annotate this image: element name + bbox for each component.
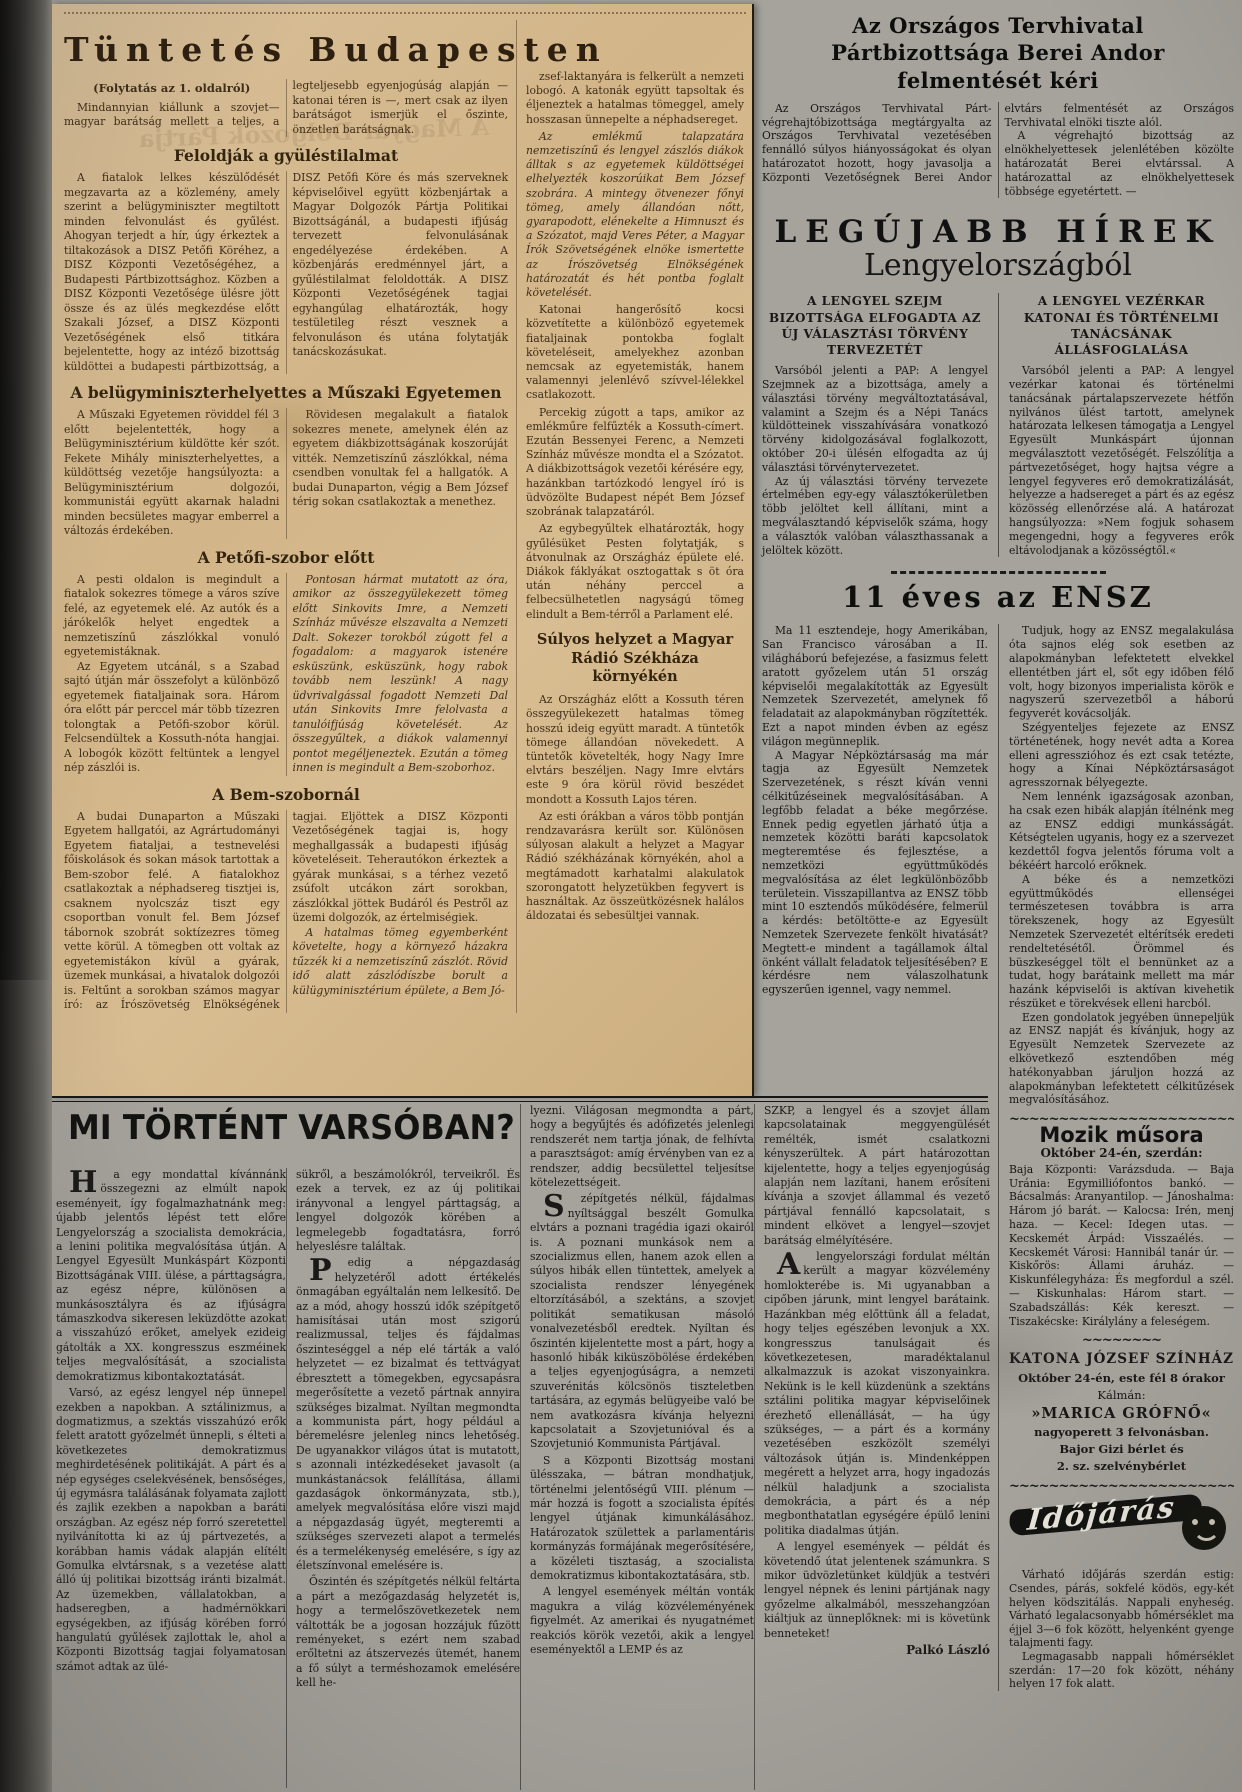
cinema-program-title: Mozik műsora — [1009, 1129, 1234, 1143]
clipping-torn-edge — [64, 12, 746, 16]
weather-forecast: Várható időjárás szerdán estig: Csendes,… — [1009, 1568, 1234, 1690]
paragraph: Katonai hangerősítő kocsi közvetítette a… — [526, 303, 744, 402]
wavy-divider: ~~~~~~~~~~~~~~~~~~~~~~~~~~~~~~~~~~ — [1009, 1482, 1234, 1492]
section-columns: A fiatalok lelkes készülődését megzavart… — [64, 171, 508, 374]
subhead-petofi-szobor: A Petőfi-szobor előtt — [64, 548, 508, 567]
varsoban-column-1: Ha egy mondattal kívánnánk összegezni az… — [56, 1168, 286, 1788]
paragraph: Az esti órákban a város több pontján ren… — [526, 810, 744, 924]
paragraph: Varsóból jelenti a PAP: A lengyel Szejmn… — [762, 364, 988, 474]
szejm-article: A LENGYEL SZEJM BIZOTTSÁGA ELFOGADTA AZ … — [762, 293, 998, 557]
paragraph: A hatalmas tömeg egyemberként követelte,… — [293, 926, 509, 999]
theater-play-title: »MARICA GRÓFNŐ« — [1009, 1403, 1234, 1424]
section-columns: A pesti oldalon is megindult a fiatalok … — [64, 573, 508, 776]
paragraph: Az Országház előtt a Kossuth téren össze… — [526, 693, 744, 807]
paragraph: Őszintén és szépítgetés nélkül feltárta … — [296, 1575, 520, 1690]
latest-news-subtitle: Lengyelországból — [762, 248, 1234, 283]
vezerkar-article: A LENGYEL VEZÉRKAR KATONAI ÉS TÖRTÉNELMI… — [998, 293, 1234, 557]
theater-composer: Kálmán: — [1009, 1387, 1234, 1404]
varsoban-column-2: sükről, a beszámolókról, terveikről. És … — [286, 1168, 520, 1788]
paragraph: A végrehajtó bizottság az elnökhelyettes… — [1005, 129, 1235, 198]
article-headline-tuntetes: Tüntetés Budapesten — [64, 30, 508, 69]
latest-news-columns: A LENGYEL SZEJM BIZOTTSÁGA ELFOGADTA AZ … — [762, 293, 1234, 557]
paragraph: Az új választási törvény tervezete értel… — [762, 475, 988, 558]
vezerkar-article-head: A LENGYEL VEZÉRKAR KATONAI ÉS TÖRTÉNELMI… — [1009, 293, 1234, 358]
clipping-main-columns: A Magyar Dolgozók Pártja Tüntetés Budape… — [64, 20, 516, 1013]
paragraph: Ha egy mondattal kívánnánk összegezni az… — [56, 1168, 286, 1384]
paragraph: A lengyel események — példát és követend… — [764, 1540, 990, 1641]
paragraph: Pontosan hármat mutatott az óra, amikor … — [293, 573, 509, 776]
paragraph: Legmagasabb nappali hőmérséklet szerdán:… — [1009, 1650, 1234, 1691]
paragraph: Várható időjárás szerdán estig: Csendes,… — [1009, 1568, 1234, 1650]
subhead-radio-szekhaz: Súlyos helyzet a Magyar Rádió Székháza k… — [526, 631, 744, 688]
paragraph: Pedig a népgazdaság helyzetéről adott ér… — [296, 1256, 520, 1573]
szejm-article-head: A LENGYEL SZEJM BIZOTTSÁGA ELFOGADTA AZ … — [762, 293, 988, 358]
weather-box-header: Időjárás — [1009, 1502, 1234, 1560]
wavy-divider: ~~~~~~~~ — [1009, 1336, 1234, 1346]
newspaper-clipping: A Magyar Dolgozók Pártja Tüntetés Budape… — [52, 4, 754, 1096]
paragraph: Percekig zúgott a taps, amikor az emlékm… — [526, 406, 744, 520]
subhead-gyulestilalom: Feloldják a gyüléstilalmat — [64, 146, 508, 165]
theater-notice: KATONA JÓZSEF SZÍNHÁZ Október 24-én, est… — [1009, 1350, 1234, 1474]
theater-date: Október 24-én, este fél 8 órakor — [1009, 1370, 1234, 1387]
theater-subscription-1: Bajor Gizi bérlet és — [1009, 1441, 1234, 1458]
weather-logo-text: Időjárás — [1008, 1494, 1202, 1537]
continuation-note: (Folytatás az 1. oldalról) — [64, 81, 280, 96]
theater-name: KATONA JÓZSEF SZÍNHÁZ — [1009, 1350, 1234, 1370]
paragraph: Nem lennénk igazságosak azonban, ha csak… — [1009, 790, 1234, 873]
paragraph: Az Egyetem utcánál, s a Szabad sajtó útj… — [64, 660, 280, 776]
paragraph: A Magyar Népköztársaság ma már tagja az … — [762, 749, 988, 997]
paragraph: A lengyelországi fordulat méltán került … — [764, 1250, 990, 1538]
article-headline-tervhivatal: Az Országos Tervhivatal Pártbizottsága B… — [762, 12, 1234, 94]
paragraph: A béke és a nemzetközi együttműködés ell… — [1009, 873, 1234, 1011]
paragraph: S a Központi Bizottság mostani ülésszaka… — [530, 1454, 754, 1584]
latest-news-kicker: LEGÚJABB HÍREK — [762, 214, 1234, 250]
smiling-sun-icon — [1182, 1506, 1226, 1550]
subhead-bem-szobor: A Bem-szobornál — [64, 785, 508, 804]
varsoban-column-3: lyezni. Világosan megmondta a párt, hogy… — [520, 1104, 754, 1790]
paragraph: A lengyel események méltán vonták magukr… — [530, 1585, 754, 1657]
ensz-right-column: Tudjuk, hogy az ENSZ megalakulása óta sa… — [998, 624, 1234, 1690]
paragraph: A fiatalok lelkes készülődését megzavart… — [64, 171, 508, 374]
article-headline-varsoban: MI TÖRTÉNT VARSÓBAN? — [68, 1108, 478, 1148]
dashed-divider — [891, 571, 1106, 574]
paragraph: Szégyenteljes fejezete az ENSZ történeté… — [1009, 721, 1234, 790]
paragraph: lyezni. Világosan megmondta a párt, hogy… — [530, 1104, 754, 1190]
paragraph: sükről, a beszámolókról, terveikről. És … — [296, 1168, 520, 1254]
paragraph: Rövidesen megalakult a fiatalok sokezres… — [293, 408, 509, 510]
paragraph: Varsóból jelenti a PAP: A lengyel vezérk… — [1009, 364, 1234, 557]
section-divider-rule — [52, 1096, 988, 1102]
paragraph: Ma 11 esztendeje, hogy Amerikában, San F… — [762, 624, 988, 748]
author-byline: Palkó László — [764, 1643, 990, 1657]
clipping-third-column: zsef-laktanyára is felkerült a nemzeti l… — [516, 20, 744, 1013]
clipping-intro-columns: (Folytatás az 1. oldalról) Mindannyian k… — [64, 79, 508, 137]
paragraph: Varsó, az egész lengyel nép ünnepel ezek… — [56, 1386, 286, 1674]
paragraph: Az emlékmű talapzatára nemzetiszínű és l… — [526, 130, 744, 300]
ensz-left-column: Ma 11 esztendeje, hogy Amerikában, San F… — [762, 624, 998, 1086]
paragraph: Szépítgetés nélkül, fájdalmas nyíltságga… — [530, 1192, 754, 1451]
paragraph: Ezen gondolatok jegyében ünnepeljük az E… — [1009, 1011, 1234, 1108]
paragraph: SZKP, a lengyel és a szovjet állam kapcs… — [764, 1104, 990, 1248]
section-columns: A budai Dunaparton a Műszaki Egyetem hal… — [64, 810, 508, 1013]
paragraph: A pesti oldalon is megindult a fiatalok … — [64, 573, 280, 660]
tervhivatal-columns: Az Országos Tervhivatal Párt-végrehajtób… — [762, 102, 1234, 199]
theater-genre: nagyoperett 3 felvonásban. — [1009, 1424, 1234, 1441]
cinema-listing: Baja Központi: Varázsduda. — Baja Uránia… — [1009, 1163, 1234, 1329]
article-headline-ensz: 11 éves az ENSZ — [762, 580, 1234, 614]
subhead-belugyminiszterhelyettes: A belügyminiszterhelyettes a Műszaki Egy… — [64, 383, 508, 402]
varsoban-column-4: SZKP, a lengyel és a szovjet állam kapcs… — [754, 1104, 990, 1790]
paragraph: zsef-laktanyára is felkerült a nemzeti l… — [526, 70, 744, 127]
scan-edge-strip — [0, 0, 52, 1792]
paragraph: Tudjuk, hogy az ENSZ megalakulása óta sa… — [1009, 624, 1234, 721]
section-columns: A Műszaki Egyetemen röviddel fél 3 előtt… — [64, 408, 508, 539]
paragraph: Az egybegyűltek elhatározták, hogy gyűlé… — [526, 522, 744, 621]
theater-subscription-2: 2. sz. szelvénybérlet — [1009, 1458, 1234, 1475]
cinema-program-date: Október 24-én, szerdán: — [1009, 1147, 1234, 1161]
paragraph: A Műszaki Egyetemen röviddel fél 3 előtt… — [64, 408, 280, 539]
